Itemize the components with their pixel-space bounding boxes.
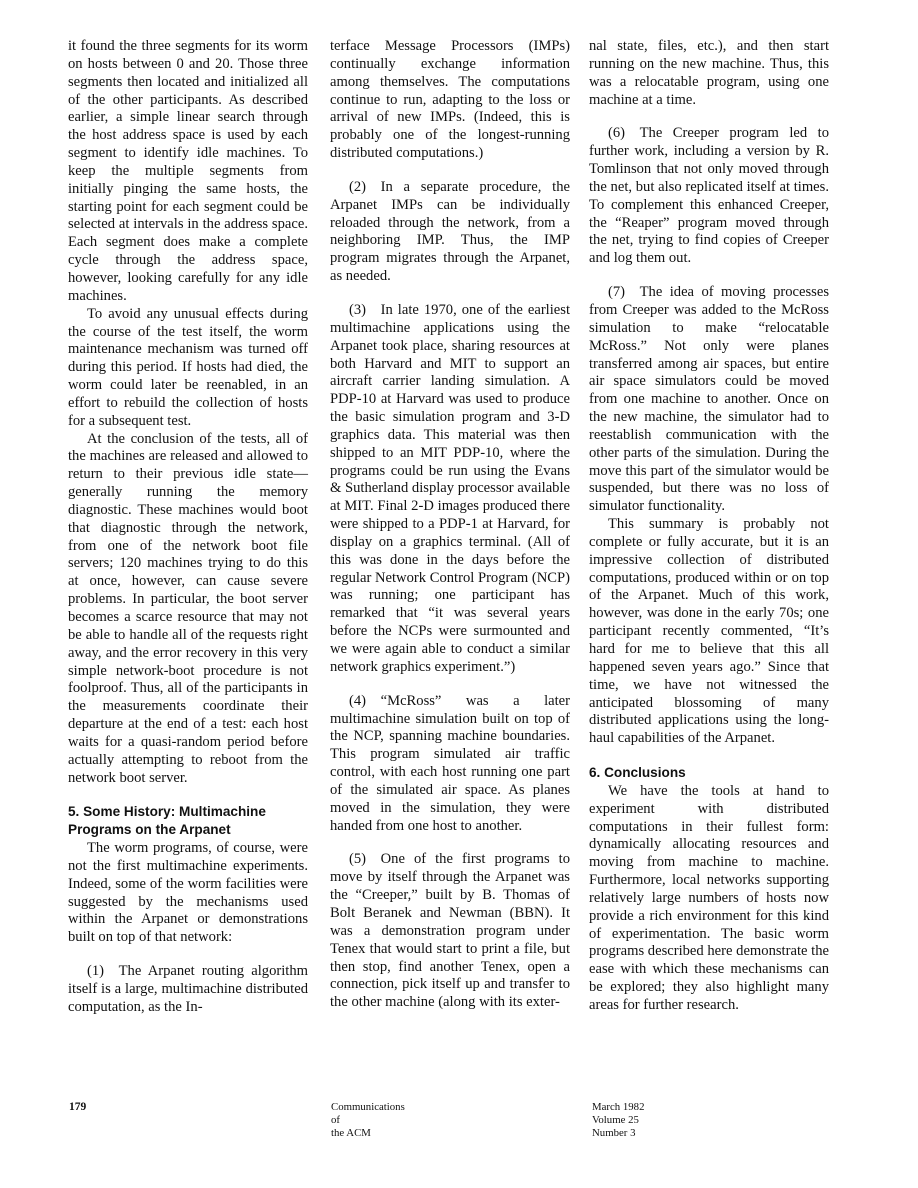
journal-line: of bbox=[331, 1114, 405, 1127]
journal-name: Communications of the ACM bbox=[331, 1101, 405, 1141]
section-heading: 5. Some History: Multimachine Programs o… bbox=[68, 803, 308, 839]
list-item: (2) In a separate procedure, the Arpanet… bbox=[330, 179, 570, 286]
paragraph: At the conclusion of the tests, all of t… bbox=[68, 431, 308, 788]
list-item: (5) One of the first programs to move by… bbox=[330, 851, 570, 1012]
list-item: (1) The Arpanet routing algorithm itself… bbox=[68, 963, 308, 1017]
list-item: (4) “McRoss” was a later multimachine si… bbox=[330, 693, 570, 836]
list-item: (7) The idea of moving processes from Cr… bbox=[589, 284, 829, 516]
section-heading: 6. Conclusions bbox=[589, 764, 829, 782]
paragraph: This summary is probably not complete or… bbox=[589, 516, 829, 748]
text-column-1: it found the three segments for its worm… bbox=[68, 38, 308, 1017]
list-item: (6) The Creeper program led to further w… bbox=[589, 125, 829, 268]
issue-info: March 1982 Volume 25 Number 3 bbox=[592, 1101, 644, 1141]
paragraph: We have the tools at hand to experiment … bbox=[589, 783, 829, 1015]
paragraph: To avoid any unusual effects during the … bbox=[68, 306, 308, 431]
issue-volume: Volume 25 bbox=[592, 1114, 644, 1127]
text-column-3: nal state, files, etc.), and then start … bbox=[589, 38, 829, 1015]
list-item: (3) In late 1970, one of the earliest mu… bbox=[330, 302, 570, 677]
paragraph: it found the three segments for its worm… bbox=[68, 38, 308, 306]
paragraph: The worm programs, of course, were not t… bbox=[68, 840, 308, 947]
paragraph: terface Message Processors (IMPs) contin… bbox=[330, 38, 570, 163]
paragraph: nal state, files, etc.), and then start … bbox=[589, 38, 829, 109]
text-column-2: terface Message Processors (IMPs) contin… bbox=[330, 38, 570, 1012]
issue-date: March 1982 bbox=[592, 1101, 644, 1114]
page-number: 179 bbox=[69, 1101, 86, 1114]
issue-number: Number 3 bbox=[592, 1127, 644, 1140]
journal-line: Communications bbox=[331, 1101, 405, 1114]
journal-line: the ACM bbox=[331, 1127, 405, 1140]
